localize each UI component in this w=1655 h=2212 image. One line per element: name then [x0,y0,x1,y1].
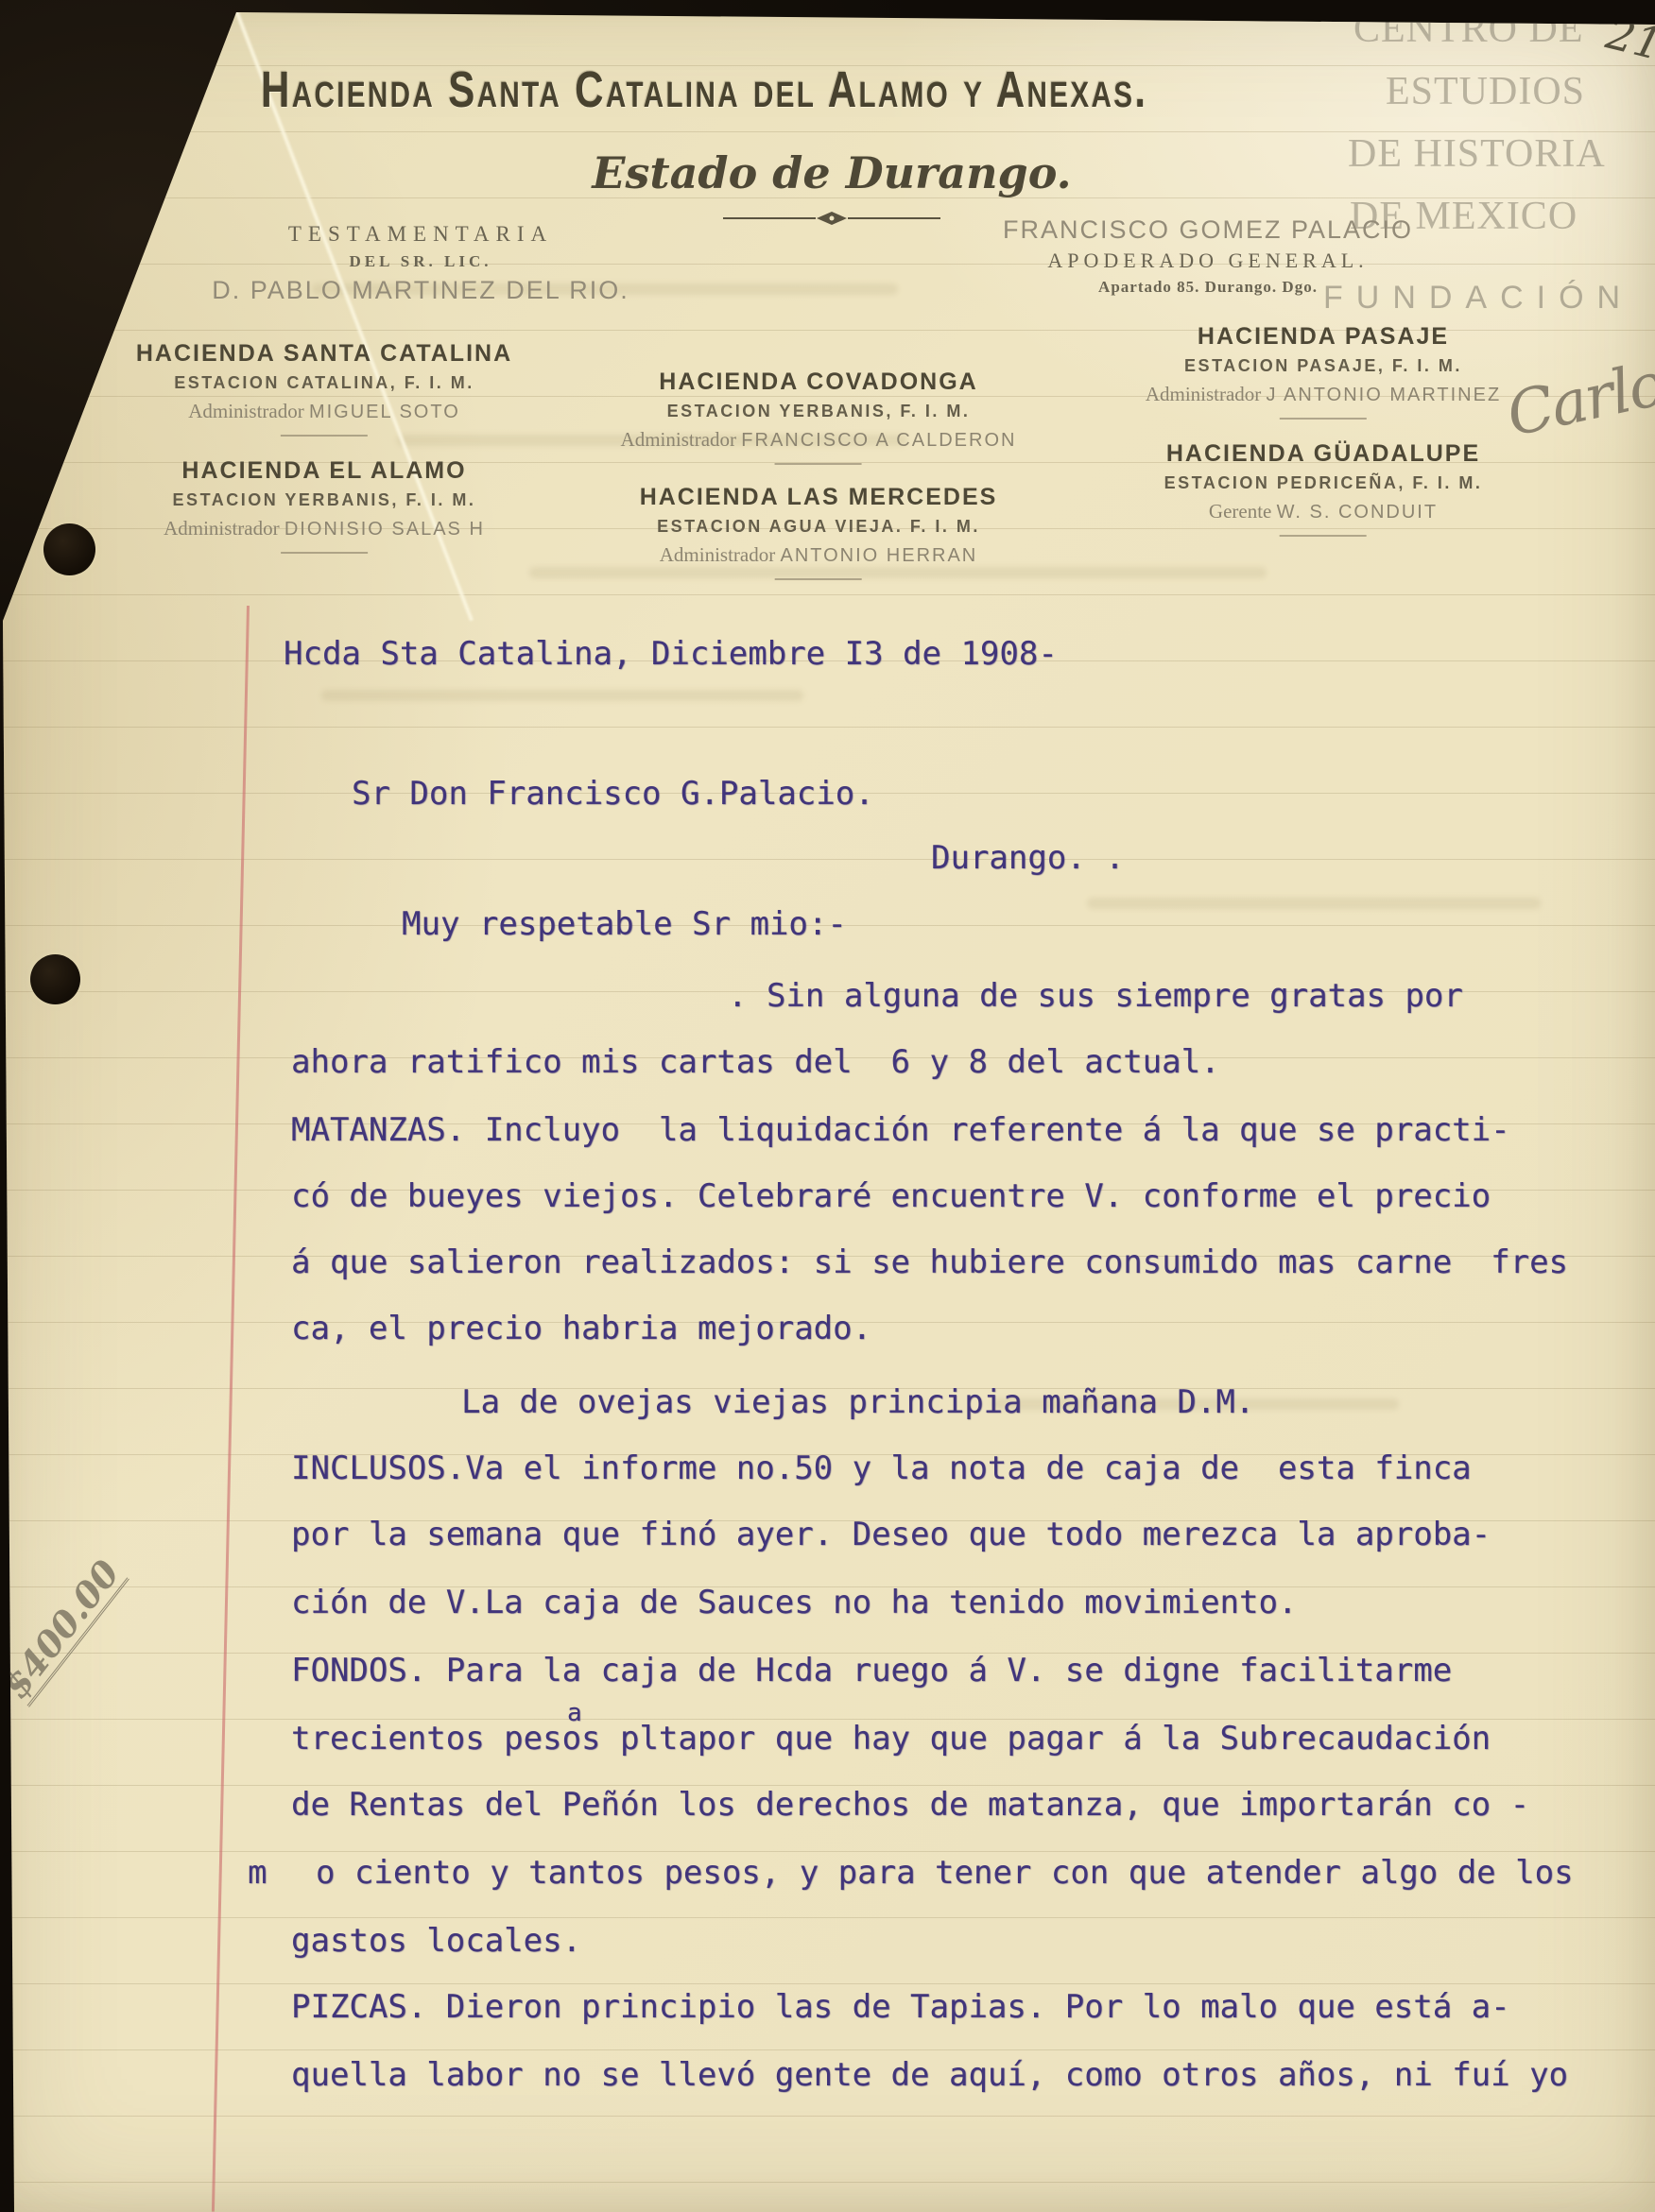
letter-line: Durango. . [931,839,1125,878]
archive-stamp-line: DE HISTORIA [1348,134,1606,174]
manager-person-name: FRANCISCO A CALDERON [741,430,1016,451]
handwritten-signature: Carlos Slim [1502,317,1655,446]
letter-line: gastos locales. [291,1922,581,1961]
letter-line: MATANZAS. Incluyo la liquidación referen… [291,1111,1510,1150]
hacienda-divider-rule [1280,535,1367,537]
hacienda-station: ESTACION PEDRICEÑA, F. I. M. [1164,474,1483,491]
bleed-through-smudge [1087,898,1541,909]
hacienda-divider-rule [281,435,368,437]
hacienda-manager-line: Administrador ANTONIO HERRAN [640,545,998,565]
estate-block: TESTAMENTARIA DEL SR. LIC. D. PABLO MART… [212,223,629,303]
handwritten-page-number: 21 [1602,11,1655,67]
estate-line: DEL SR. LIC. [212,253,629,269]
agent-address: Apartado 85. Durango. Dgo. [1003,279,1413,295]
punch-hole [43,523,95,575]
letter-line: ahora ratifico mis cartas del 6 y 8 del … [291,1043,1220,1082]
letter-line: ción de V.La caja de Sauces no ha tenido… [291,1584,1297,1622]
hacienda-name: HACIENDA LAS MERCEDES [640,486,998,509]
manager-role-label: Administrador [660,543,781,566]
hacienda-name: HACIENDA EL ALAMO [164,459,485,483]
manager-role-label: Administrador [164,517,284,540]
hacienda-manager-line: Administrador MIGUEL SOTO [136,402,512,421]
hacienda-name: HACIENDA GÜADALUPE [1164,442,1483,466]
manager-role-label: Administrador [188,400,309,422]
letter-line: ca, el precio habria mejorado. [291,1310,871,1348]
archive-stamp-line: CENTRO DE [1353,9,1584,49]
hacienda-station: ESTACION AGUA VIEJA. F. I. M. [640,518,998,535]
scanned-letter-page: { "document": { "title": "Hacienda Santa… [0,0,1655,2212]
manager-person-name: ANTONIO HERRAN [780,545,977,566]
manager-role-label: Gerente [1209,500,1277,523]
letter-line: de Rentas del Peñón los derechos de mata… [291,1786,1529,1825]
letter-line: Sr Don Francisco G.Palacio. [352,775,874,814]
letter-line: La de ovejas viejas principia mañana D.M… [461,1383,1254,1422]
letter-line: por la semana que finó ayer. Deseo que t… [291,1516,1491,1554]
hacienda-block: HACIENDA PASAJEESTACION PASAJE, F. I. M.… [1146,325,1501,420]
letter-line: trecientos pesos pltapor que hay que pag… [291,1720,1491,1758]
manager-role-label: Administrador [1146,383,1267,405]
letter-line: có de bueyes viejos. Celebraré encuentre… [291,1177,1491,1216]
letter-line: Hcda Sta Catalina, Diciembre I3 de 1908- [284,635,1058,674]
punch-hole [30,954,80,1004]
hacienda-name: HACIENDA PASAJE [1146,325,1501,349]
subtitle-flourish-ornament [723,210,940,227]
manager-person-name: MIGUEL SOTO [309,402,460,422]
letter-line: FONDOS. Para la caja de Hcda ruego á V. … [291,1652,1452,1690]
agent-title: APODERADO GENERAL. [1003,250,1413,271]
letter-line: o ciento y tantos pesos, y para tener co… [316,1854,1574,1893]
red-margin-rule [212,606,250,2212]
hacienda-manager-line: Administrador DIONISIO SALAS H [164,519,485,539]
hacienda-station: ESTACION PASAJE, F. I. M. [1146,357,1501,374]
handwritten-amount-note: $400.00 [0,1554,129,1707]
manager-person-name: J ANTONIO MARTINEZ [1267,385,1502,405]
hacienda-name: HACIENDA COVADONGA [621,370,1017,394]
hacienda-manager-line: Administrador FRANCISCO A CALDERON [621,430,1017,450]
letter-line: Muy respetable Sr mio:- [402,905,847,944]
hacienda-manager-line: Gerente W. S. CONDUIT [1164,502,1483,522]
paper-sheet: CENTRO DE ESTUDIOS DE HISTORIA DE MEXICO… [0,0,1655,2212]
hacienda-block: HACIENDA LAS MERCEDESESTACION AGUA VIEJA… [640,486,998,580]
hacienda-divider-rule [775,578,862,580]
manager-role-label: Administrador [621,428,742,451]
agent-block: FRANCISCO GOMEZ PALACIO APODERADO GENERA… [1003,217,1413,295]
letter-line: . Sin alguna de sus siempre gratas por [728,977,1463,1016]
hacienda-block: HACIENDA SANTA CATALINAESTACION CATALINA… [136,342,512,437]
hacienda-divider-rule [1280,418,1367,420]
archive-stamp-line: ESTUDIOS [1386,72,1585,111]
agent-name: FRANCISCO GOMEZ PALACIO [1003,217,1413,243]
bleed-through-smudge [321,690,803,701]
hacienda-block: HACIENDA GÜADALUPEESTACION PEDRICEÑA, F.… [1164,442,1483,537]
estate-line: TESTAMENTARIA [212,223,629,245]
manager-person-name: DIONISIO SALAS H [284,519,485,540]
hacienda-block: HACIENDA EL ALAMOESTACION YERBANIS, F. I… [164,459,485,554]
letter-line: quella labor no se llevó gente de aquí, … [291,2056,1568,2095]
hacienda-manager-line: Administrador J ANTONIO MARTINEZ [1146,385,1501,404]
hacienda-divider-rule [775,463,862,465]
hacienda-station: ESTACION YERBANIS, F. I. M. [621,403,1017,420]
letterhead-subtitle: Estado de Durango. [592,151,1071,195]
letter-line: PIZCAS. Dieron principio las de Tapias. … [291,1988,1510,2027]
letterhead-title: Hacienda Santa Catalina del Alamo y Anex… [261,62,1147,118]
letter-line: m [248,1854,267,1893]
manager-person-name: W. S. CONDUIT [1277,502,1438,523]
hacienda-station: ESTACION YERBANIS, F. I. M. [164,491,485,508]
hacienda-divider-rule [281,552,368,554]
hacienda-block: HACIENDA COVADONGAESTACION YERBANIS, F. … [621,370,1017,465]
estate-line: D. PABLO MARTINEZ DEL RIO. [212,278,629,303]
hacienda-station: ESTACION CATALINA, F. I. M. [136,374,512,391]
hacienda-name: HACIENDA SANTA CATALINA [136,342,512,366]
letter-line: INCLUSOS.Va el informe no.50 y la nota d… [291,1449,1472,1488]
letter-line: á que salieron realizados: si se hubiere… [291,1243,1568,1282]
